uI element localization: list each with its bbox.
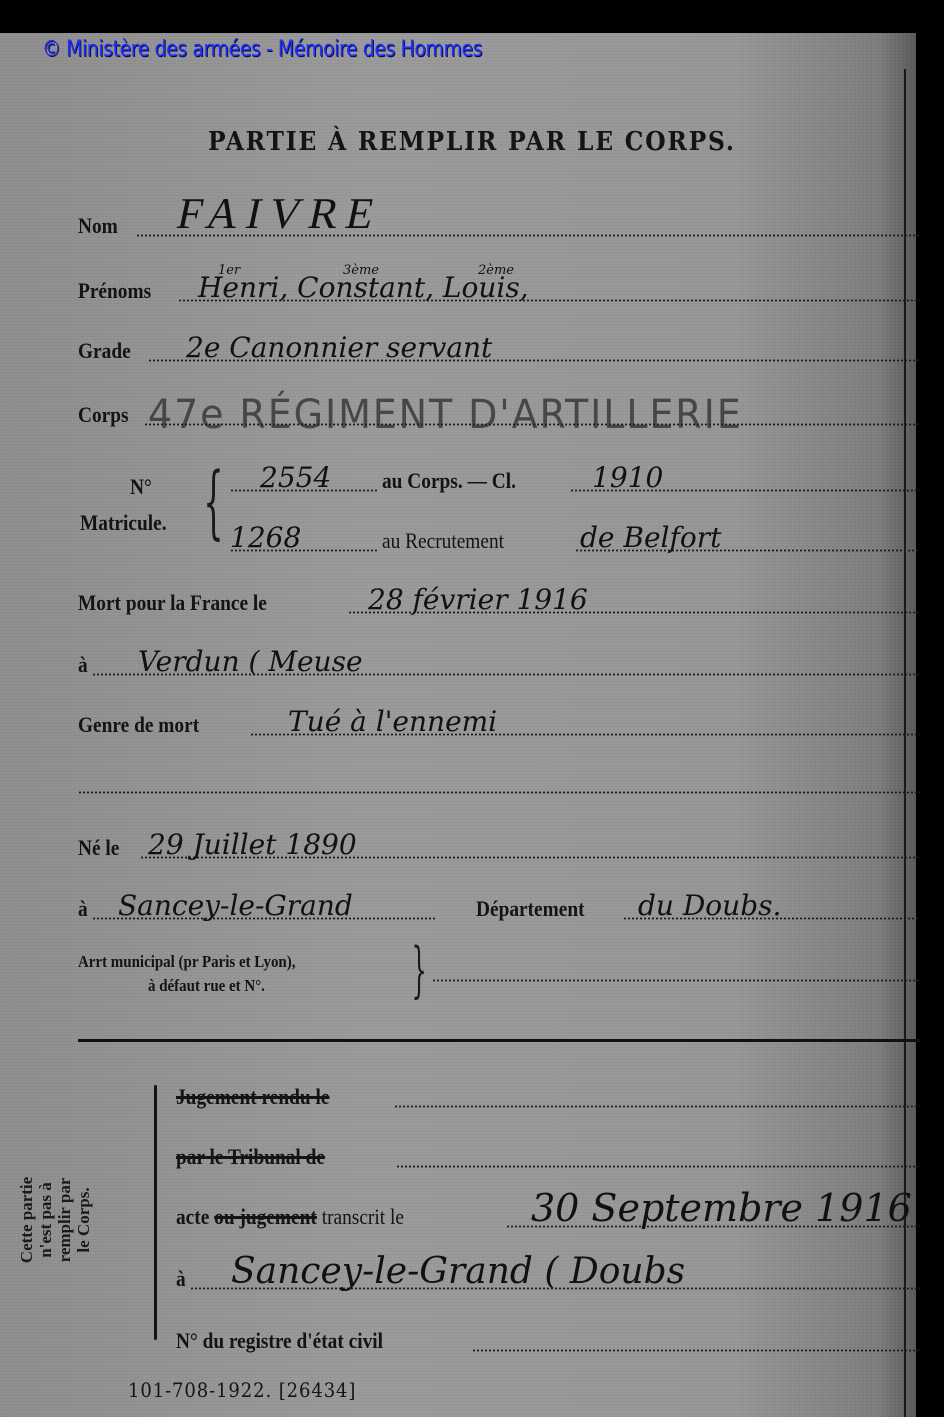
label-nom: Nom — [78, 213, 118, 239]
label-grade: Grade — [78, 338, 131, 364]
section-divider — [78, 1039, 920, 1042]
label-ne-le: Né le — [78, 835, 119, 861]
label-tribunal: par le Tribunal de — [176, 1144, 325, 1170]
regiment-stamp: 47e RÉGIMENT D'ARTILLERIE — [148, 392, 743, 438]
label-acte-suffix: transcrit le — [322, 1204, 404, 1229]
field-matricule-recrutement: 1268 au Recrutement de Belfort — [230, 518, 920, 558]
field-tribunal: par le Tribunal de — [176, 1134, 920, 1174]
label-prenoms: Prénoms — [78, 278, 151, 304]
field-ne-le: Né le 29 Juillet 1890 — [78, 825, 920, 865]
label-acte: acte ou jugement transcrit le — [176, 1204, 404, 1230]
annotation-1: 1er — [218, 263, 240, 278]
label-mort-lieu: à — [78, 652, 88, 678]
label-corps: Corps — [78, 402, 129, 428]
field-registre: N° du registre d'état civil — [176, 1318, 920, 1358]
label-mort-date: Mort pour la France le — [78, 590, 267, 616]
label-matricule: Matricule. — [80, 510, 167, 536]
field-genre-mort: Genre de mort Tué à l'ennemi — [78, 702, 920, 742]
label-arrondissement-1: Arrt municipal (pr Paris et Lyon), — [78, 952, 295, 972]
label-ne-lieu: à — [78, 896, 88, 922]
brace: } — [411, 940, 426, 1000]
value-ne-lieu: Sancey-le-Grand — [118, 889, 353, 922]
value-acte-lieu: Sancey-le-Grand ( Doubs — [231, 1251, 685, 1292]
field-mort-date: Mort pour la France le 28 février 1916 — [78, 580, 920, 620]
value-nom: FAIVRE — [173, 188, 387, 239]
label-acte-lieu: à — [176, 1266, 186, 1292]
dotted-line — [432, 979, 920, 982]
value-acte-date: 30 Septembre 1916 — [531, 1186, 912, 1230]
section-bracket — [154, 1085, 157, 1340]
label-jugement: Jugement rendu le — [176, 1084, 329, 1110]
value-recrutement: de Belfort — [580, 521, 721, 554]
dotted-line — [394, 1105, 920, 1108]
form-title: PARTIE À REMPLIR PAR LE CORPS. — [208, 127, 736, 157]
field-jugement: Jugement rendu le — [176, 1074, 920, 1114]
field-mort-lieu: à Verdun ( Meuse — [78, 642, 920, 682]
field-nom: Nom FAIVRE — [78, 203, 920, 243]
label-au-recrutement: au Recrutement — [382, 528, 504, 554]
label-matricule-no: N° — [130, 474, 152, 500]
value-grade: 2e Canonnier servant — [186, 331, 492, 364]
value-genre-mort: Tué à l'ennemi — [288, 705, 497, 738]
label-departement: Département — [476, 896, 585, 922]
value-departement: du Doubs. — [638, 889, 781, 922]
field-matricule-corps: 2554 au Corps. — Cl. 1910 — [230, 458, 920, 498]
label-au-corps: au Corps. — Cl. — [382, 468, 516, 494]
field-ne-lieu: à Sancey-le-Grand Département du Doubs. — [78, 886, 920, 926]
blank-line — [78, 760, 920, 800]
copyright-watermark: © Ministère des armées - Mémoire des Hom… — [42, 37, 482, 62]
value-ne-le: 29 Juillet 1890 — [148, 828, 357, 861]
field-grade: Grade 2e Canonnier servant — [78, 328, 920, 368]
value-classe: 1910 — [592, 461, 663, 494]
label-genre-mort: Genre de mort — [78, 712, 199, 738]
print-reference: 101-708-1922. [26434] — [128, 1378, 356, 1402]
field-acte: acte ou jugement transcrit le 30 Septemb… — [176, 1194, 920, 1234]
brace: { — [203, 462, 223, 542]
value-mort-date: 28 février 1916 — [368, 583, 588, 616]
field-corps: Corps 47e RÉGIMENT D'ARTILLERIE — [78, 392, 920, 432]
field-prenoms: Prénoms Henri, Constant, Louis, 1er 3ème… — [78, 268, 920, 308]
dotted-line — [396, 1165, 920, 1168]
dotted-line — [78, 791, 920, 794]
annotation-3: 2ème — [478, 263, 514, 278]
value-matricule-corps: 2554 — [260, 461, 331, 494]
label-acte-struck: ou jugement — [214, 1204, 317, 1229]
value-matricule-recrutement: 1268 — [230, 521, 301, 554]
label-arrondissement-2: à défaut rue et N°. — [148, 976, 265, 996]
field-acte-lieu: à Sancey-le-Grand ( Doubs — [176, 1256, 920, 1296]
field-arrondissement — [432, 948, 920, 988]
annotation-2: 3ème — [343, 263, 379, 278]
label-registre: N° du registre d'état civil — [176, 1328, 383, 1354]
dotted-line — [472, 1349, 920, 1352]
value-mort-lieu: Verdun ( Meuse — [138, 645, 363, 678]
label-acte-prefix: acte — [176, 1204, 209, 1229]
